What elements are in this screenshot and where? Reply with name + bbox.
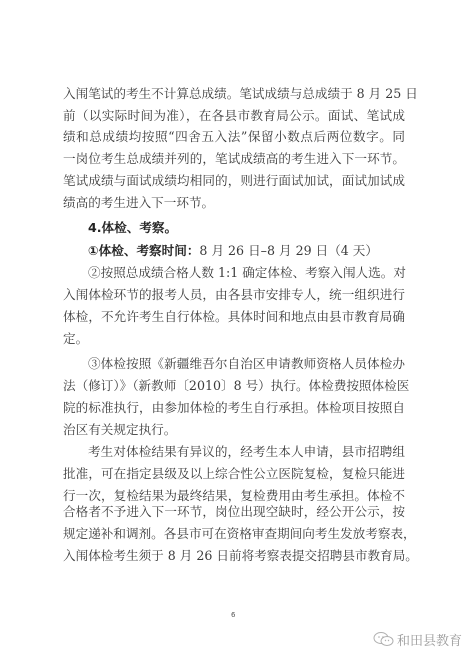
paragraph-line: 前（以实际时间为准），在各县市教育局公示。面试、笔试成	[63, 109, 405, 123]
paragraph-line: 绩高的考生进入下一环节。	[63, 196, 405, 210]
paragraph-line: 行一次，复检结果为最终结果，复检费用由考生承担。体检不	[63, 489, 405, 503]
paragraph-line: 合格者不予进入下一环节，岗位出现空缺时，经公开公示，按	[63, 505, 405, 519]
paragraph-line: 入闱体检考生须于 8 月 26 日前将考察表提交招聘县市教育局。	[63, 549, 405, 563]
paragraph-line: 体检，不允许考生自行体检。具体时间和地点由县市教育局确	[63, 310, 405, 324]
schedule-value: 8 月 26 日–8 月 29 日（4 天）	[199, 243, 378, 258]
paragraph-line: 规定递补和调剂。各县市可在资格审查期间向考生发放考察表，	[63, 527, 405, 541]
paragraph-line: 定。	[63, 332, 405, 346]
document-page: 入闱笔试的考生不计算总成绩。笔试成绩与总成绩于 8 月 25 日 前（以实际时间…	[0, 0, 467, 661]
paragraph-line: 院的标准执行，由参加体检的考生自行承担。体检项目按照自	[63, 401, 405, 415]
paragraph-line: 考生对体检结果有异议的，经考生本人申请，县市招聘组	[88, 445, 405, 459]
schedule-label: ①体检、考察时间：	[88, 243, 199, 258]
paragraph-line: ②按照总成绩合格人数 1:1 确定体检、考察入闱人选。对	[88, 266, 405, 280]
section-heading: 4.体检、考察。	[88, 221, 405, 235]
watermark-text: 和田县教育	[397, 630, 462, 649]
page-number: 6	[231, 611, 235, 619]
paragraph-line: 入闱笔试的考生不计算总成绩。笔试成绩与总成绩于 8 月 25 日	[63, 87, 405, 101]
paragraph-line: 批准，可在指定县级及以上综合性公立医院复检，复检只能进	[63, 467, 405, 481]
paragraph-line: 法（修订）》（新教师〔2010〕8 号）执行。体检费按照体检医	[63, 379, 405, 393]
schedule-item: ①体检、考察时间：8 月 26 日–8 月 29 日（4 天）	[88, 244, 405, 258]
paragraph-line: 治区有关规定执行。	[63, 423, 405, 437]
watermark: 和田县教育	[373, 630, 462, 648]
wechat-icon	[373, 631, 395, 647]
paragraph-line: 一岗位考生总成绩并列的，笔试成绩高的考生进入下一环节。	[63, 152, 405, 166]
paragraph-line: 入闱体检环节的报考人员，由各县市安排专人，统一组织进行	[63, 288, 405, 302]
paragraph-line: 笔试成绩与面试成绩均相同的，则进行面试加试，面试加试成	[63, 174, 405, 188]
paragraph-line: 绩和总成绩均按照“四舍五入法”保留小数点后两位数字。同	[63, 130, 405, 144]
paragraph-line: ③体检按照《新疆维吾尔自治区申请教师资格人员体检办	[88, 357, 405, 371]
